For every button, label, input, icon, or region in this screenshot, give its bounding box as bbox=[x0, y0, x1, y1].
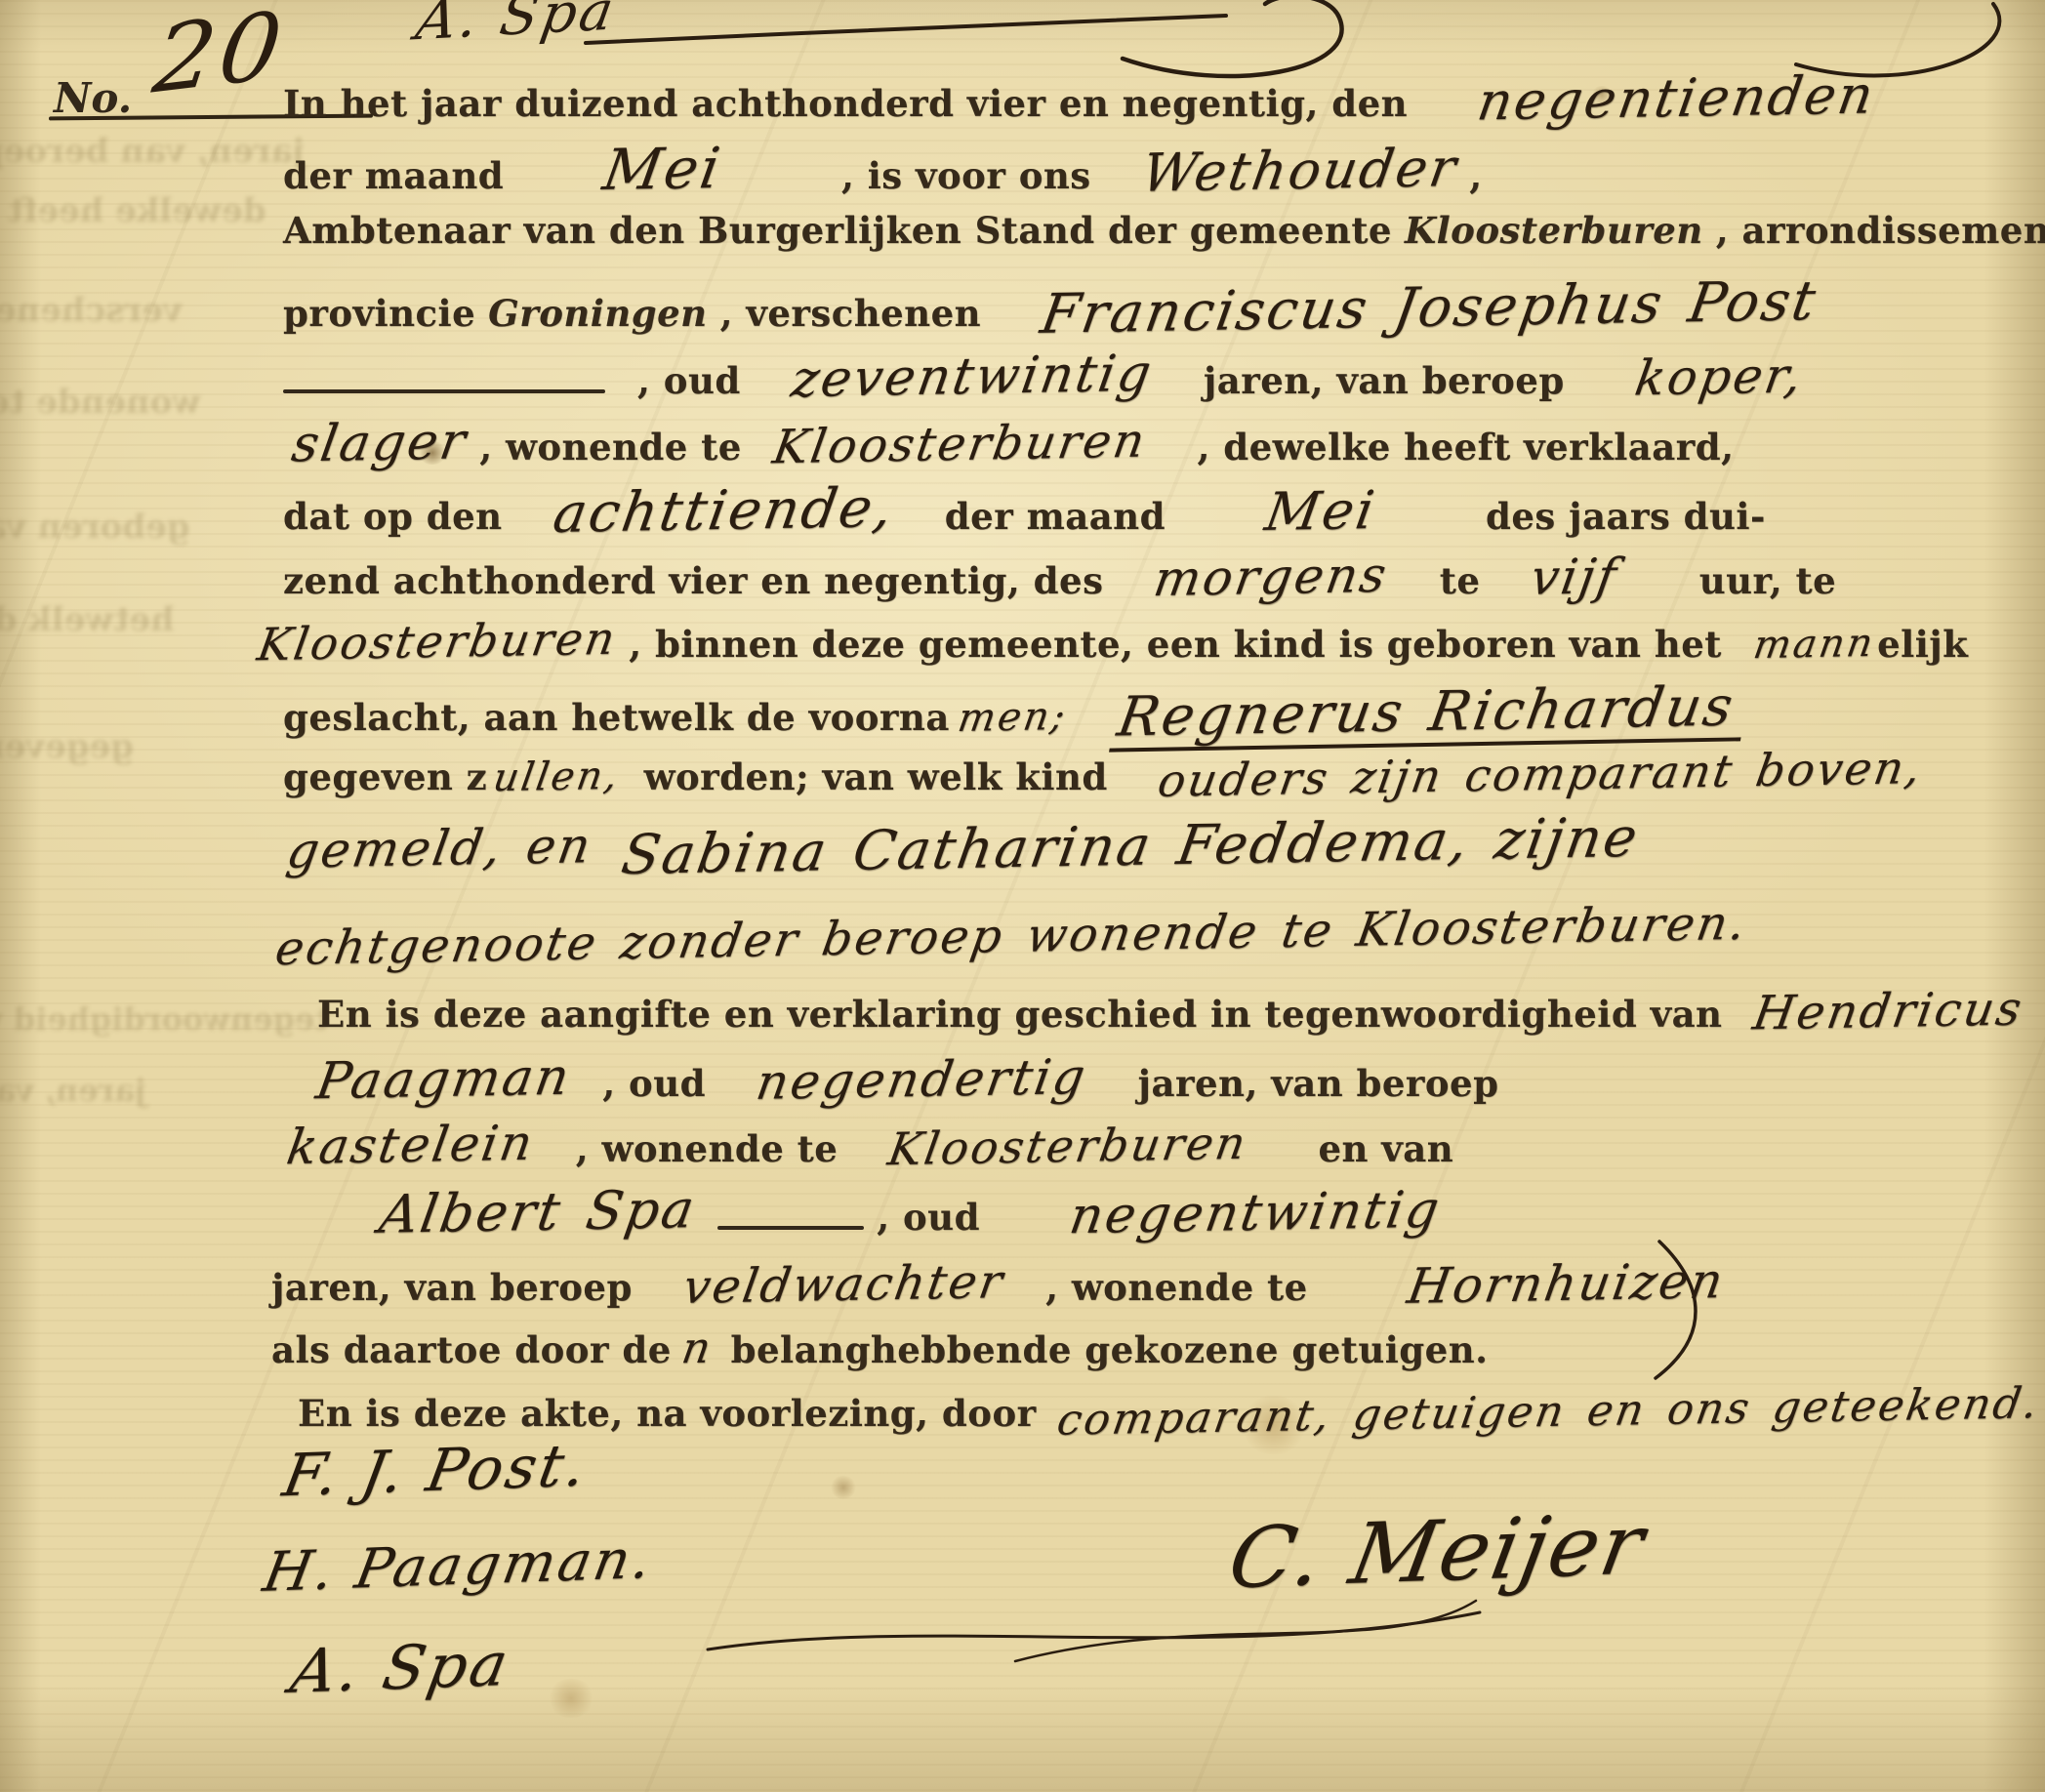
printed-text: Kloosterburen bbox=[1405, 213, 1703, 249]
handwritten-text: Wethouder bbox=[1138, 142, 1461, 200]
handwritten-name-underlined: Regnerus Richardus bbox=[1109, 679, 1750, 752]
handwritten-text: negentwintig bbox=[1066, 1185, 1445, 1242]
handwritten-text: Paagman bbox=[312, 1052, 574, 1108]
act-line: Albert Spa, oudnegentwintig bbox=[381, 1186, 1440, 1239]
act-line: gemeld, enSabina Catharina Feddema, zijn… bbox=[288, 820, 1637, 875]
printed-text: worden; van welk kind bbox=[644, 759, 1108, 795]
handwritten-text: mann bbox=[1750, 624, 1877, 665]
handwritten-text: ullen, bbox=[491, 756, 623, 797]
printed-text: , oud bbox=[602, 1066, 706, 1102]
act-line: echtgenoote zonder beroep wonende te Klo… bbox=[278, 913, 1745, 959]
printed-text: , oud bbox=[637, 363, 741, 399]
handwritten-text: ouders zijn comparant boven, bbox=[1155, 745, 1926, 803]
handwritten-text: morgens bbox=[1151, 550, 1392, 603]
printed-text: , binnen deze gemeente, een kind is gebo… bbox=[629, 627, 1722, 663]
printed-text: , wonende te bbox=[576, 1131, 838, 1167]
handwritten-text: Hornhuizen bbox=[1404, 1256, 1728, 1311]
act-line: provincieGroningen, verschenenFranciscus… bbox=[283, 281, 1816, 336]
printed-text: Ambtenaar van den Burgerlijken Stand der… bbox=[283, 213, 1392, 249]
printed-text: gegeven z bbox=[283, 759, 487, 795]
handwritten-text: achttiende, bbox=[550, 481, 898, 542]
printed-text: en van bbox=[1318, 1131, 1453, 1167]
printed-text: , dewelke heeft verklaard, bbox=[1198, 429, 1735, 466]
handwritten-text: echtgenoote zonder beroep wonende te Klo… bbox=[272, 900, 1751, 972]
handwritten-text: kastelein bbox=[284, 1119, 538, 1171]
printed-text: provincie bbox=[283, 296, 475, 332]
blank-rule bbox=[283, 389, 605, 393]
printed-text: , is voor ons bbox=[841, 158, 1091, 194]
handwritten-text: veldwachter bbox=[680, 1258, 1008, 1311]
act-line: slager, wonende teKloosterburen, dewelke… bbox=[293, 418, 1734, 468]
act-line: En is deze aangifte en verklaring geschi… bbox=[317, 988, 2024, 1035]
act-line: jaren, van beroepveldwachter, wonende te… bbox=[271, 1259, 1724, 1308]
handwritten-text: Kloosterburen bbox=[255, 616, 621, 667]
act-line: In het jaar duizend achthonderd vier en … bbox=[283, 72, 1874, 125]
printed-text: zend achthonderd vier en negentig, des bbox=[283, 563, 1103, 599]
act-line: als daartoe door denbelanghebbende gekoz… bbox=[271, 1327, 1489, 1370]
document-page: { "palette": { "paper": "#e8d8a6", "prin… bbox=[0, 0, 2045, 1792]
printed-text: als daartoe door de bbox=[271, 1332, 672, 1368]
printed-text: , verschenen bbox=[720, 296, 981, 332]
handwritten-text: Mei bbox=[599, 140, 725, 198]
handwritten-text: negendertig bbox=[754, 1052, 1091, 1107]
handwritten-text: slager bbox=[289, 416, 471, 469]
printed-text: des jaars dui- bbox=[1486, 499, 1766, 535]
printed-text: En is deze akte, na voorlezing, door bbox=[298, 1396, 1037, 1432]
signature-witness-2: A. Spa bbox=[286, 1628, 516, 1707]
act-line: der maandMei, is voor onsWethouder, bbox=[283, 141, 1483, 197]
handwritten-text: zeventwintig bbox=[788, 348, 1156, 405]
printed-text: belanghebbende gekozene getuigen. bbox=[731, 1332, 1489, 1368]
signature-official: C. Meijer bbox=[1222, 1496, 1653, 1609]
act-line: gegeven zullen,worden; van welk kindoude… bbox=[283, 752, 1921, 796]
act-line: Kloosterburen, binnen deze gemeente, een… bbox=[259, 619, 1968, 664]
act-line: Ambtenaar van den Burgerlijken Stand der… bbox=[283, 213, 2045, 249]
printed-text: jaren, van beroep bbox=[1204, 363, 1565, 399]
handwritten-text: Hendricus bbox=[1750, 986, 2027, 1038]
printed-text: dat op den bbox=[283, 499, 503, 535]
signature-declarant: F. J. Post. bbox=[278, 1432, 594, 1511]
handwritten-text: Albert Spa bbox=[376, 1183, 700, 1242]
blank-rule bbox=[717, 1226, 864, 1230]
printed-text: , oud bbox=[877, 1200, 980, 1236]
handwritten-text: comparant, getuigen en ons geteekend. bbox=[1054, 1382, 2043, 1442]
act-line: zend achthonderd vier en negentig, desmo… bbox=[283, 552, 1836, 601]
printed-text: uur, te bbox=[1699, 563, 1837, 599]
act-line: dat op denachttiende,der maandMeides jaa… bbox=[283, 484, 1766, 539]
handwritten-text: koper, bbox=[1631, 351, 1807, 403]
printed-text: , bbox=[1469, 158, 1482, 194]
printed-text: En is deze aangifte en verklaring geschi… bbox=[317, 997, 1722, 1033]
handwritten-text: gemeld, en bbox=[284, 821, 596, 875]
act-line: , oudzeventwintigjaren, van beroepkoper, bbox=[283, 351, 1803, 402]
act-body: In het jaar duizend achthonderd vier en … bbox=[0, 0, 2045, 1792]
handwritten-text: men; bbox=[955, 697, 1070, 738]
handwritten-text: n bbox=[678, 1327, 716, 1371]
printed-text: Groningen bbox=[488, 296, 707, 332]
handwritten-text: Mei bbox=[1262, 484, 1380, 539]
act-line: En is deze akte, na voorlezing, doorcomp… bbox=[298, 1391, 2037, 1434]
handwritten-text: negentienden bbox=[1474, 68, 1879, 128]
act-line: kastelein, wonende teKloosterburenen van bbox=[288, 1120, 1453, 1169]
handwritten-text: Franciscus Josephus Post bbox=[1037, 274, 1820, 343]
printed-text: der maand bbox=[945, 499, 1166, 535]
act-line: Paagman, oudnegendertigjaren, van beroep bbox=[317, 1054, 1498, 1105]
printed-text: jaren, van beroep bbox=[1138, 1066, 1499, 1102]
handwritten-text: Kloosterburen bbox=[885, 1120, 1251, 1171]
printed-text: In het jaar duizend achthonderd vier en … bbox=[283, 86, 1408, 122]
printed-text: te bbox=[1440, 563, 1481, 599]
handwritten-text: Sabina Catharina Feddema, zijne bbox=[618, 811, 1643, 883]
printed-text: der maand bbox=[283, 158, 504, 194]
printed-text: geslacht, aan hetwelk de voorna bbox=[283, 700, 950, 736]
printed-text: elijk bbox=[1877, 627, 1968, 663]
act-line: geslacht, aan hetwelk de voornamen;Regne… bbox=[283, 685, 1744, 747]
printed-text: jaren, van beroep bbox=[271, 1270, 633, 1306]
printed-text: , wonende te bbox=[1045, 1270, 1308, 1306]
handwritten-text: vijf bbox=[1528, 551, 1621, 602]
printed-text: , wonende te bbox=[479, 429, 742, 466]
handwritten-text: Kloosterburen bbox=[769, 418, 1149, 471]
printed-text: , arrondissement en bbox=[1716, 213, 2045, 249]
